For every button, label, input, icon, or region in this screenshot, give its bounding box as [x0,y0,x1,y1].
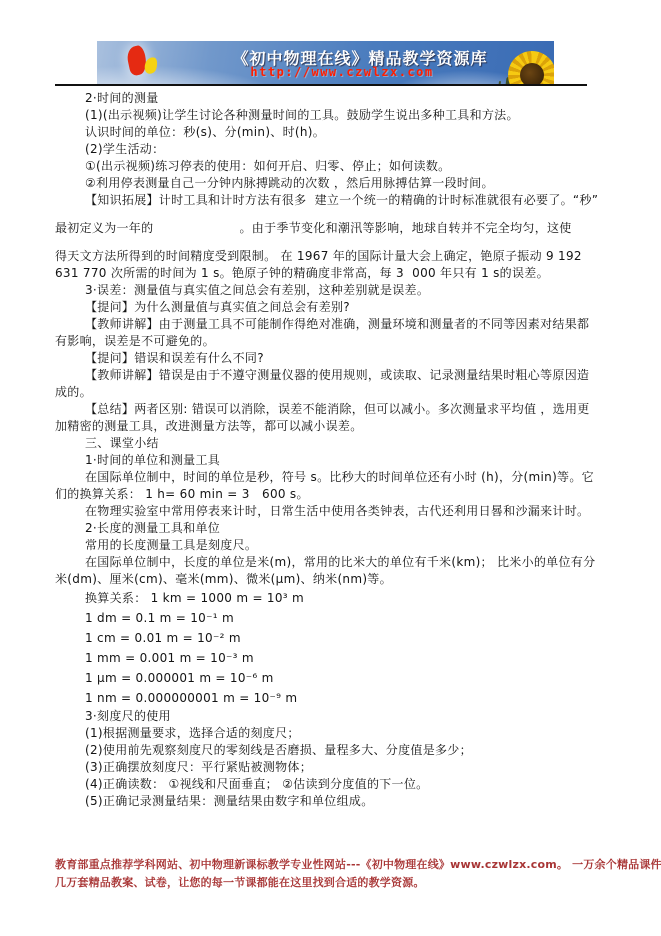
paragraph-line: ②利用停表测量自己一分钟内脉搏跳动的次数 ，然后用脉搏估算一段时间。 [55,175,615,192]
banner-url-link[interactable]: http://www.czwlzx.com [197,65,487,79]
paragraph-line: 1 cm = 0.01 m = 10⁻² m [55,628,615,648]
paragraph-line: 1 mm = 0.001 m = 10⁻³ m [55,648,615,668]
paragraph-line: 【总结】两者区别: 错误可以消除，误差不能消除，但可以减小。多次测量求平均值 ，… [55,401,615,418]
paragraph-line: 【教师讲解】由于测量工具不可能制作得绝对准确，测量环境和测量者的不同等因素对结果… [55,316,615,333]
paragraph-line: (1)根据测量要求，选择合适的刻度尺； [55,725,615,742]
paragraph-line: 米(dm)、厘米(cm)、毫米(mm)、微米(μm)、纳米(nm)等。 [55,571,615,588]
paragraph-line: 常用的长度测量工具是刻度尺。 [55,537,615,554]
paragraph-line: 在物理实验室中常用停表来计时，日常生活中使用各类钟表，古代还利用日晷和沙漏来计时… [55,503,615,520]
paragraph-line: 最初定义为一年的 。由于季节变化和潮汛等影响，地球自转并不完全均匀，这使 [55,220,615,237]
header-divider [55,84,587,86]
paragraph-line: (2)学生活动： [55,141,615,158]
paragraph-line: (5)正确记录测量结果：测量结果由数字和单位组成。 [55,793,615,810]
sunflower-center [520,63,544,84]
paragraph-line: 换算关系： 1 km = 1000 m = 10³ m [55,588,615,608]
paragraph-line: 成的。 [55,384,615,401]
paragraph-line: 【提问】为什么测量值与真实值之间总会有差别? [55,299,615,316]
footer-line-1: 教育部重点推荐学科网站、初中物理新课标教学专业性网站---《初中物理在线》www… [55,856,625,874]
paragraph-line: 们的换算关系： 1 h= 60 min = 3 600 s。 [55,486,615,503]
paragraph-line: 3·刻度尺的使用 [55,708,615,725]
paragraph-line: 加精密的测量工具，改进测量方法等，都可以减小误差。 [55,418,615,435]
paragraph-line: ①(出示视频)练习停表的使用：如何开启、归零、停止；如何读数。 [55,158,615,175]
document-body: 2·时间的测量(1)(出示视频)让学生讨论各种测量时间的工具。鼓励学生说出多种工… [55,90,615,810]
paragraph-line: (1)(出示视频)让学生讨论各种测量时间的工具。鼓励学生说出多种工具和方法。 [55,107,615,124]
header-banner: 《初中物理在线》精品教学资源库 http://www.czwlzx.com [97,41,554,84]
paragraph-line: 1 dm = 0.1 m = 10⁻¹ m [55,608,615,628]
document-page: 《初中物理在线》精品教学资源库 http://www.czwlzx.com 2·… [0,0,661,936]
paragraph-line: 有影响，误差是不可避免的。 [55,333,615,350]
sunflower-icon [508,51,554,84]
paragraph-line: (3)正确摆放刻度尺：平行紧贴被测物体； [55,759,615,776]
paragraph-line: 在国际单位制中，时间的单位是秒，符号 s。比秒大的时间单位还有小时 (h)，分(… [55,469,615,486]
paragraph-line: 631 770 次所需的时间为 1 s。铯原子钟的精确度非常高，每 3 000 … [55,265,615,282]
paragraph-line: 三、课堂小结 [55,435,615,452]
paragraph-line: (4)正确读数： ①视线和尺面垂直； ②估读到分度值的下一位。 [55,776,615,793]
paragraph-line: 1·时间的单位和测量工具 [55,452,615,469]
paragraph-line: 【教师讲解】错误是由于不遵守测量仪器的使用规则，或读取、记录测量结果时粗心等原因… [55,367,615,384]
physics-online-logo-icon [125,44,169,82]
footer-note: 教育部重点推荐学科网站、初中物理新课标教学专业性网站---《初中物理在线》www… [55,856,625,892]
paragraph-line: 1 nm = 0.000000001 m = 10⁻⁹ m [55,688,615,708]
paragraph-line: 1 μm = 0.000001 m = 10⁻⁶ m [55,668,615,688]
paragraph-line: 2·时间的测量 [55,90,615,107]
paragraph-line: 得天文方法所得到的时间精度受到限制。 在 1967 年的国际计量大会上确定，铯原… [55,248,615,265]
paragraph-line: 3·误差：测量值与真实值之间总会有差别，这种差别就是误差。 [55,282,615,299]
footer-line-2: 几万套精品教案、试卷，让您的每一节课都能在这里找到合适的教学资源。 [55,874,625,892]
paragraph-line: 2·长度的测量工具和单位 [55,520,615,537]
paragraph-line: 【提问】错误和误差有什么不同? [55,350,615,367]
paragraph-line: 【知识拓展】计时工具和计时方法有很多 建立一个统一的精确的计时标准就很有必要了。… [55,192,615,209]
paragraph-line: (2)使用前先观察刻度尺的零刻线是否磨损、量程多大、分度值是多少； [55,742,615,759]
paragraph-line: 认识时间的单位：秒(s)、分(min)、时(h)。 [55,124,615,141]
paragraph-line: 在国际单位制中，长度的单位是米(m)，常用的比米大的单位有千米(km)； 比米小… [55,554,615,571]
